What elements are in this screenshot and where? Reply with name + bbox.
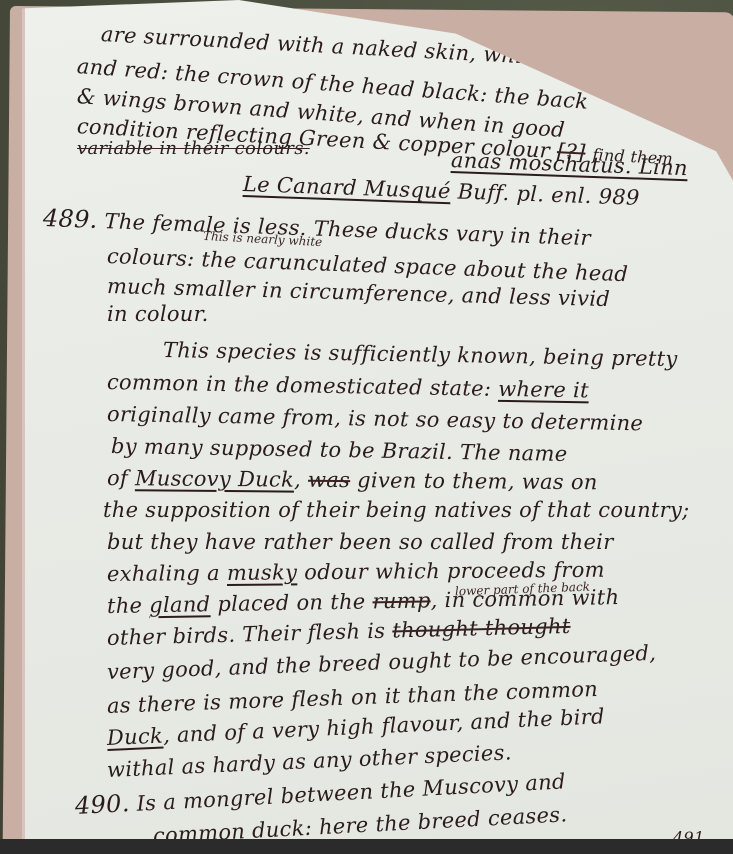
line-text: in colour. xyxy=(107,302,209,326)
struck-text: was xyxy=(308,468,350,492)
line-originally: originally came from, is not so easy to … xyxy=(107,402,644,435)
french-name-line: Le Canard Musqué Buff. pl. enl. 989 xyxy=(243,172,641,210)
paragraph-start: This species is sufficiently known, bein… xyxy=(163,338,678,371)
underlined-text: where it xyxy=(498,377,589,403)
line-text: placed on the xyxy=(217,589,366,616)
line-text: other birds. Their flesh is xyxy=(107,619,386,650)
line-supposition: the supposition of their being natives o… xyxy=(103,498,690,522)
line-text: , in common with xyxy=(430,585,619,612)
species-french-name: Le Canard Musqué xyxy=(243,172,452,203)
entry-number: 490. xyxy=(74,789,130,820)
line-text: originally came from, is not so easy to … xyxy=(107,402,644,435)
line-text: given to them, was on xyxy=(357,468,598,494)
struck-text: rump xyxy=(372,588,431,613)
line-muscovy: of Muscovy Duck, was given to them, was … xyxy=(107,466,598,494)
line-text: the supposition of their being natives o… xyxy=(103,498,690,522)
line-brazil: by many supposed to be Brazil. The name xyxy=(111,434,568,466)
line-text: This species is sufficiently known, bein… xyxy=(163,338,678,371)
underlined-text: Duck xyxy=(106,724,163,750)
entry-number: 489. xyxy=(43,204,99,234)
underlined-text: Muscovy Duck xyxy=(135,466,294,491)
line-text: of xyxy=(107,466,128,490)
line-text: The female is less. These ducks vary in … xyxy=(104,209,591,250)
reference-citation: Buff. pl. enl. 989 xyxy=(457,180,640,210)
line-text: common in the domesticated state: xyxy=(107,370,492,401)
line-text: exhaling a xyxy=(107,561,220,586)
line-gland: the gland placed on the rump, in common … xyxy=(107,585,620,618)
struck-text: thought thought xyxy=(392,614,571,643)
line-rather: but they have rather been so called from… xyxy=(107,530,614,554)
line-common: common in the domesticated state: where … xyxy=(107,370,589,402)
underlined-text: musky xyxy=(227,560,298,585)
line-in-colour: in colour. xyxy=(107,302,209,326)
underlined-text: gland xyxy=(149,592,211,617)
line-flesh: other birds. Their flesh is thought thou… xyxy=(107,614,571,650)
line-text: by many supposed to be Brazil. The name xyxy=(111,434,568,466)
line-text: the xyxy=(107,593,143,618)
line-text: but they have rather been so called from… xyxy=(107,530,614,554)
line-5-struck: variable in their colours. xyxy=(77,138,310,159)
bottom-frame-bar xyxy=(0,839,733,854)
manuscript-page: are surrounded with a naked skin, which … xyxy=(22,0,733,840)
struck-text: variable in their colours. xyxy=(77,138,310,159)
